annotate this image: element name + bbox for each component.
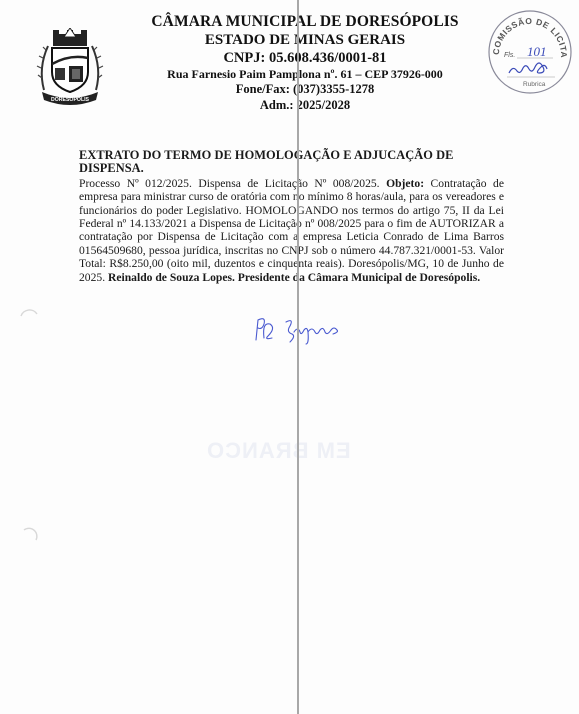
phone-fax: Fone/Fax: (037)3355-1278	[140, 83, 470, 96]
punch-hole-mark-icon	[18, 300, 40, 322]
extract-process: Processo Nº 012/2025. Dispensa de Licita…	[79, 177, 386, 190]
commission-stamp: COMISSÃO DE LICITAÇÃO Fls. 101 Rubrica	[487, 9, 573, 95]
letterhead: CÂMARA MUNICIPAL DE DORESÓPOLIS ESTADO D…	[140, 14, 470, 111]
page-number: 101	[527, 44, 547, 59]
signature-label: Rubrica	[523, 81, 546, 88]
extract-body: EXTRATO DO TERMO DE HOMOLOGAÇÃO E ADJUCA…	[79, 149, 504, 284]
scan-fold-line	[297, 0, 299, 714]
address: Rua Farnesio Paim Pamplona nº. 61 – CEP …	[140, 68, 470, 80]
cnpj-number: CNPJ: 05.608.436/0001-81	[140, 51, 470, 66]
object-label: Objeto:	[386, 177, 424, 190]
extract-text: Contratação de empresa para ministrar cu…	[79, 177, 504, 284]
document-page: DORESÓPOLIS CÂMARA MUNICIPAL DE DORESÓPO…	[0, 0, 579, 714]
administration-term: Adm.: 2025/2028	[140, 99, 470, 112]
institution-name: CÂMARA MUNICIPAL DE DORESÓPOLIS	[140, 14, 470, 30]
punch-hole-mark-icon	[20, 522, 42, 544]
state-name: ESTADO DE MINAS GERAIS	[140, 33, 470, 48]
svg-text:DORESÓPOLIS: DORESÓPOLIS	[51, 95, 90, 103]
blank-watermark: EM BRANCO	[206, 438, 351, 464]
handwritten-signature	[250, 312, 350, 346]
signatory: Reinaldo de Souza Lopes. Presidente da C…	[108, 271, 480, 284]
extract-title: EXTRATO DO TERMO DE HOMOLOGAÇÃO E ADJUCA…	[79, 149, 504, 176]
coat-of-arms-icon: DORESÓPOLIS	[36, 28, 104, 106]
page-label: Fls.	[504, 52, 515, 59]
